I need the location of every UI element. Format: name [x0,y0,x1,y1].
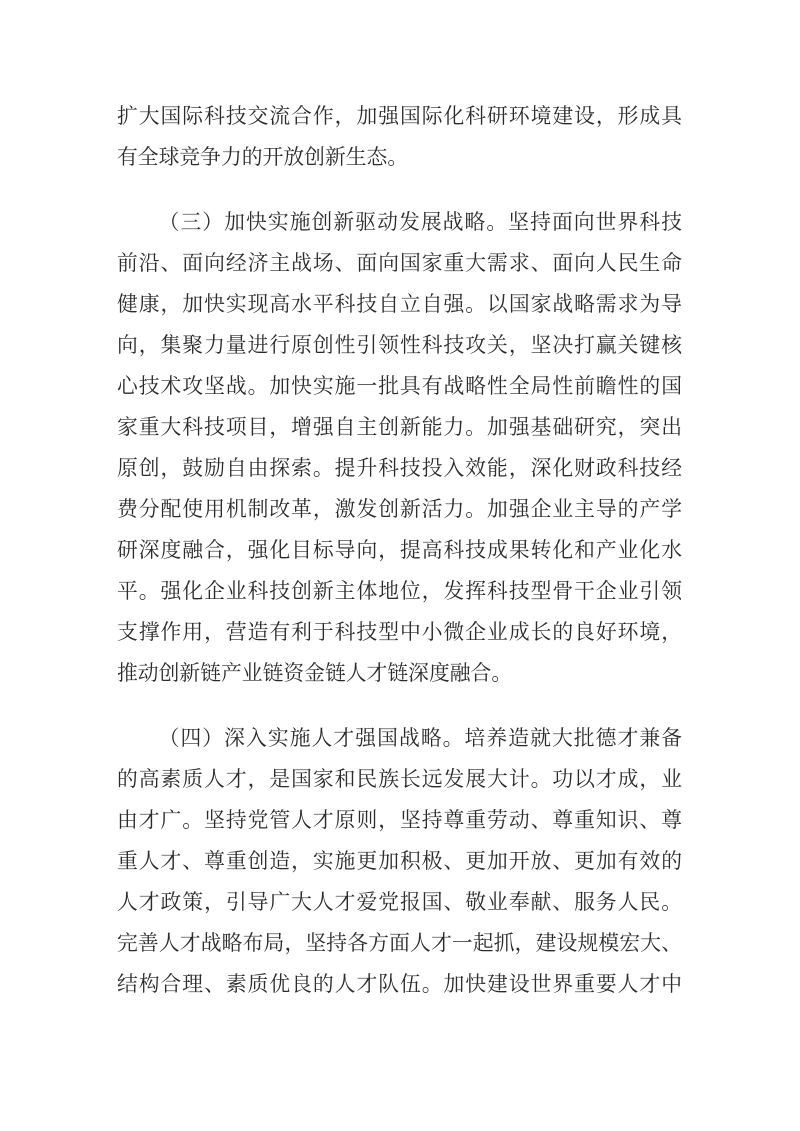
text-line: 费分配使用机制改革，激发创新活力。加强企业主导的产学 [117,489,682,530]
text-line: 完善人才战略布局，坚持各方面人才一起抓，建设规模宏大、 [117,923,682,964]
text-line: 扩大国际科技交流合作，加强国际化科研环境建设，形成具 [117,96,682,137]
paragraph: （四）深入实施人才强国战略。培养造就大批德才兼备的高素质人才，是国家和民族长远发… [117,718,682,1005]
text-line: 向，集聚力量进行原创性引领性科技攻关，坚决打赢关键核 [117,325,682,366]
text-line: 健康，加快实现高水平科技自立自强。以国家战略需求为导 [117,284,682,325]
text-line: 有全球竞争力的开放创新生态。 [117,137,682,178]
text-line: 重人才、尊重创造，实施更加积极、更加开放、更加有效的 [117,841,682,882]
paragraph: 扩大国际科技交流合作，加强国际化科研环境建设，形成具有全球竞争力的开放创新生态。 [117,96,682,178]
text-line: 由才广。坚持党管人才原则，坚持尊重劳动、尊重知识、尊 [117,800,682,841]
text-line: 平。强化企业科技创新主体地位，发挥科技型骨干企业引领 [117,571,682,612]
text-line: 支撑作用，营造有利于科技型中小微企业成长的良好环境， [117,612,682,653]
text-line: 人才政策，引导广大人才爱党报国、敬业奉献、服务人民。 [117,882,682,923]
text-line: 前沿、面向经济主战场、面向国家重大需求、面向人民生命 [117,243,682,284]
document-page: 扩大国际科技交流合作，加强国际化科研环境建设，形成具有全球竞争力的开放创新生态。… [0,0,800,1131]
text-line: 原创，鼓励自由探索。提升科技投入效能，深化财政科技经 [117,448,682,489]
text-line: （三）加快实施创新驱动发展战略。坚持面向世界科技 [117,202,682,243]
text-line: 心技术攻坚战。加快实施一批具有战略性全局性前瞻性的国 [117,366,682,407]
paragraph: （三）加快实施创新驱动发展战略。坚持面向世界科技前沿、面向经济主战场、面向国家重… [117,202,682,694]
text-line: 的高素质人才，是国家和民族长远发展大计。功以才成，业 [117,759,682,800]
document-text: 扩大国际科技交流合作，加强国际化科研环境建设，形成具有全球竞争力的开放创新生态。… [117,96,682,1005]
text-line: 家重大科技项目，增强自主创新能力。加强基础研究，突出 [117,407,682,448]
text-line: 研深度融合，强化目标导向，提高科技成果转化和产业化水 [117,530,682,571]
text-line: （四）深入实施人才强国战略。培养造就大批德才兼备 [117,718,682,759]
text-line: 结构合理、素质优良的人才队伍。加快建设世界重要人才中 [117,964,682,1005]
text-line: 推动创新链产业链资金链人才链深度融合。 [117,653,682,694]
